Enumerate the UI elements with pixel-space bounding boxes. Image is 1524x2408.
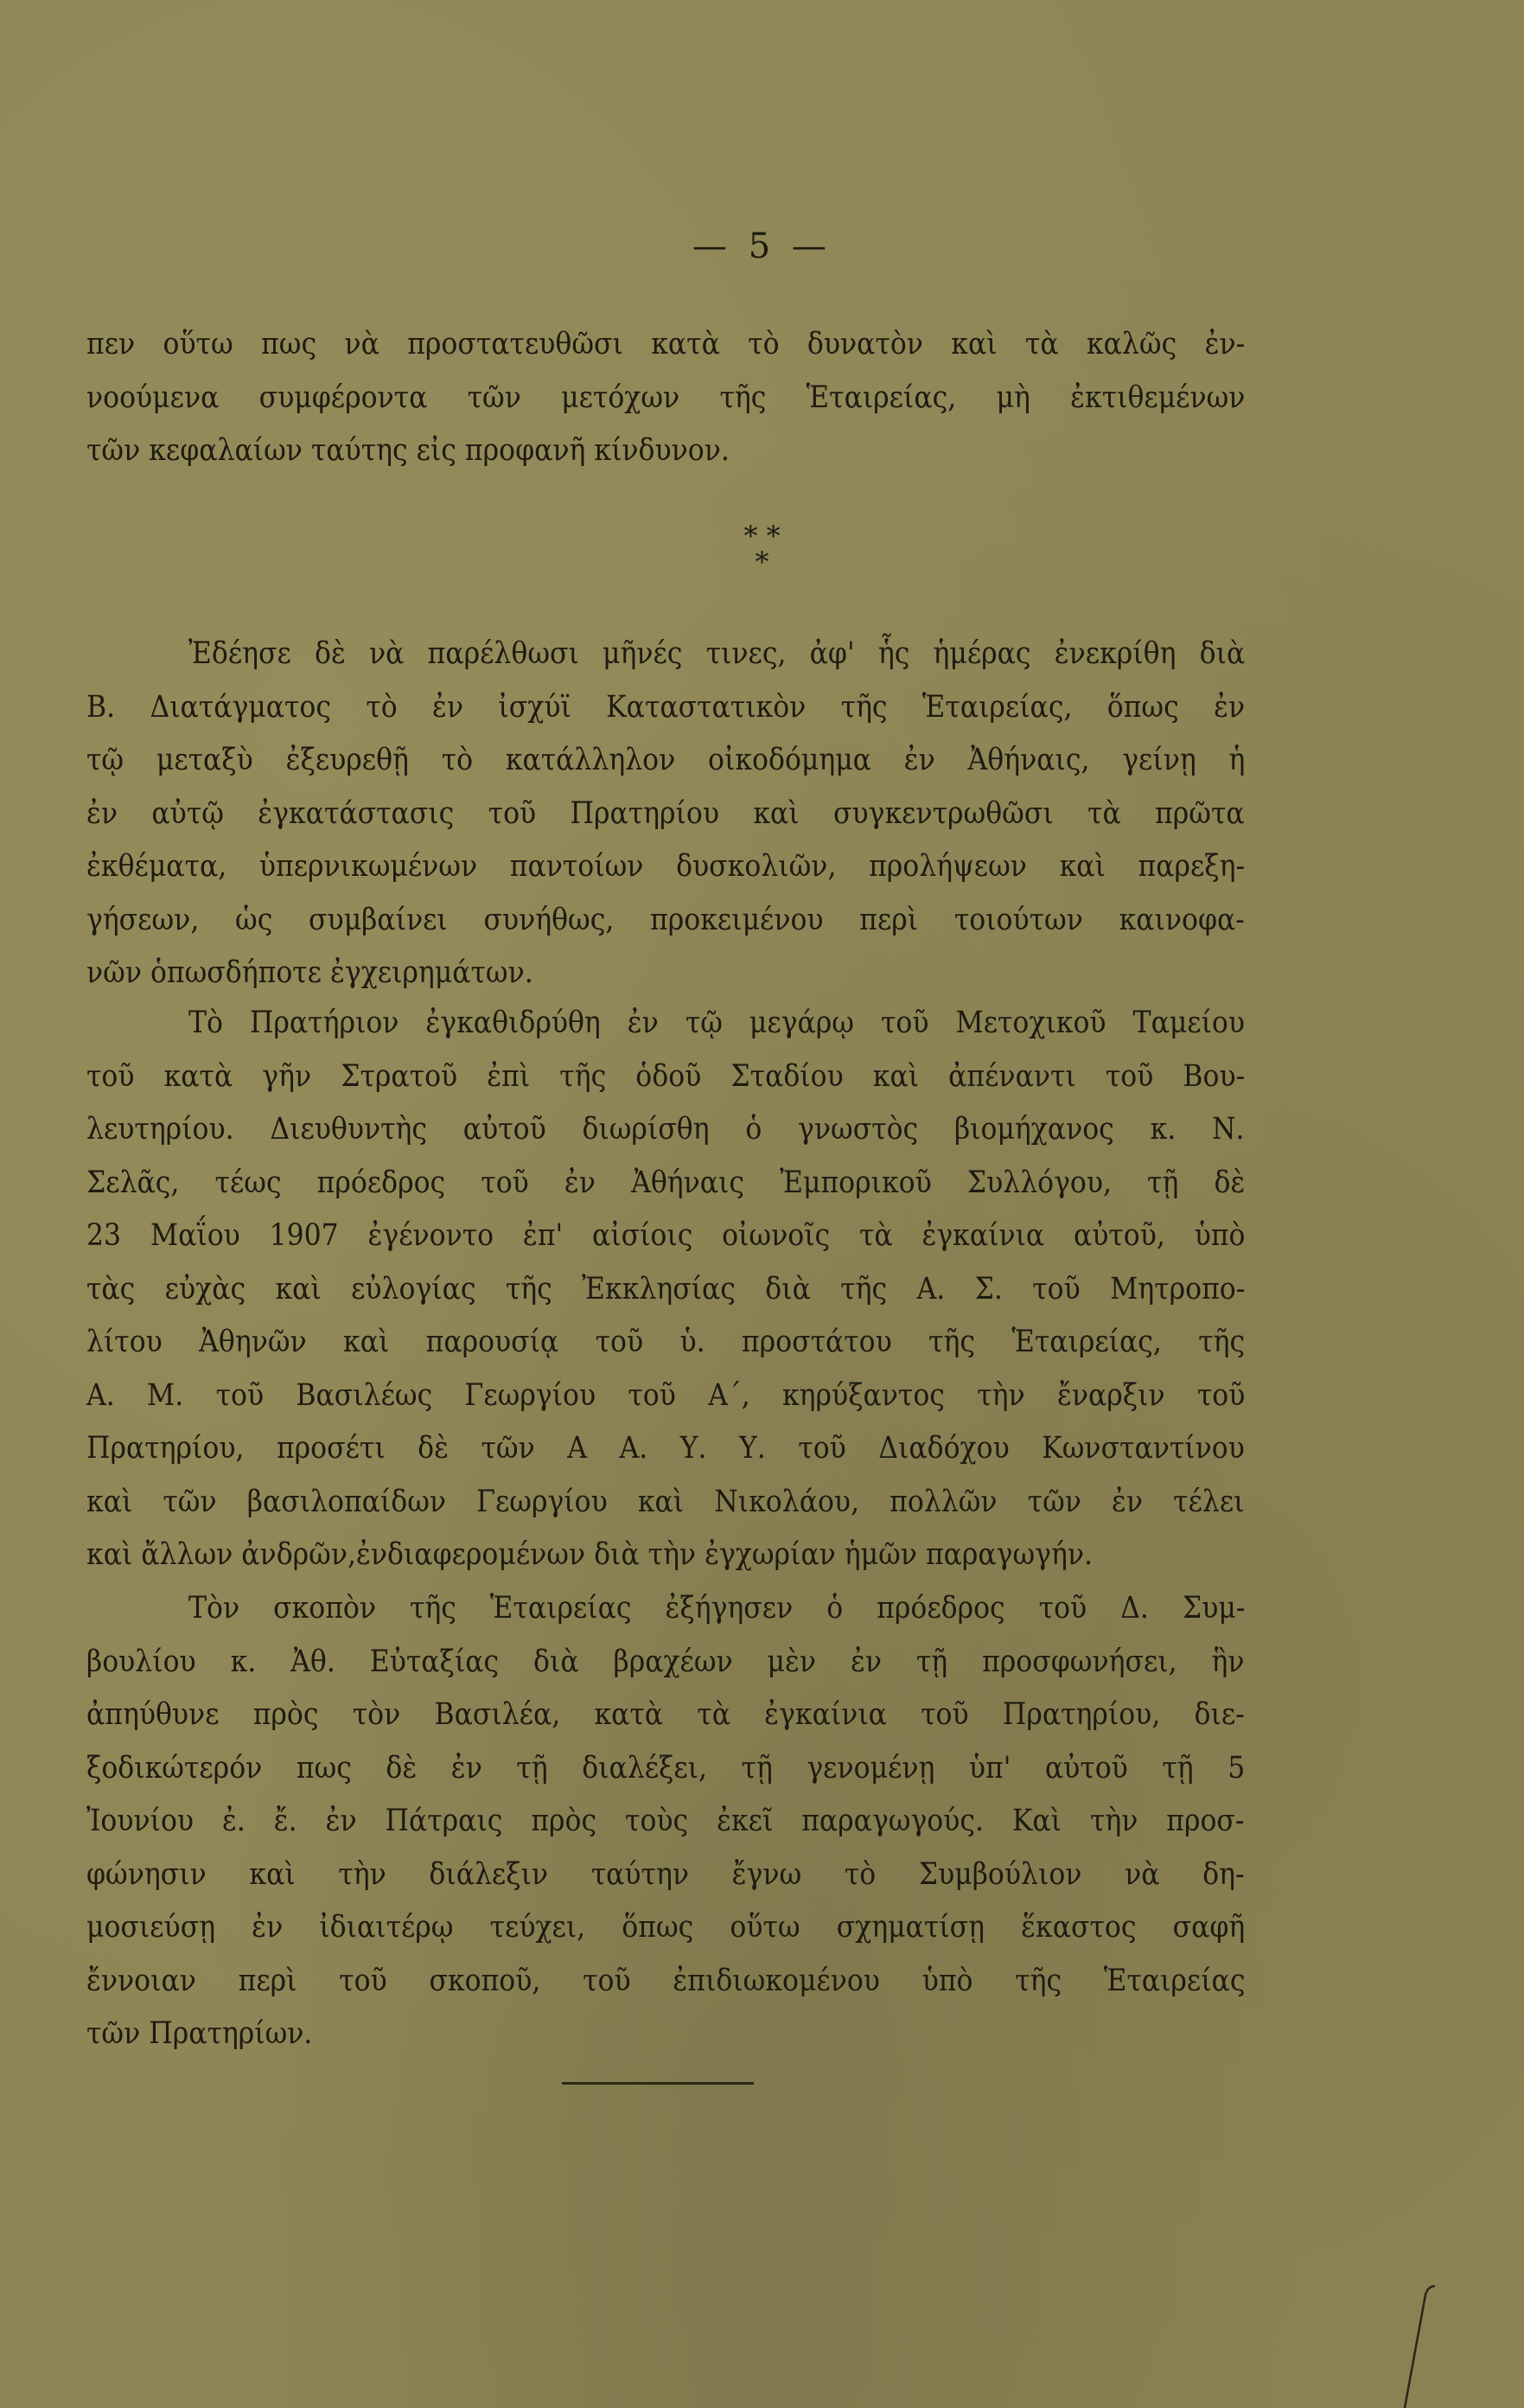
paragraph-4: Τὸν σκοπὸν τῆς Ἑταιρείας ἐξήγησεν ὁ πρόε…: [86, 1582, 1245, 2061]
text-line: βουλίου κ. Ἀθ. Εὐταξίας διὰ βραχέων μὲν …: [86, 1636, 1245, 1689]
text-line: πεν οὕτω πως νὰ προστατευθῶσι κατὰ τὸ δυ…: [86, 318, 1245, 372]
page-number: — 5 —: [0, 227, 1524, 266]
end-rule-divider: [562, 2082, 754, 2085]
text-line: Τὸν σκοπὸν τῆς Ἑταιρείας ἐξήγησεν ὁ πρόε…: [86, 1582, 1245, 1636]
text-line: λευτηρίου. Διευθυντὴς αὐτοῦ διωρίσθη ὁ γ…: [86, 1103, 1245, 1157]
text-line: Πρατηρίου, προσέτι δὲ τῶν Α Α. Υ. Υ. τοῦ…: [86, 1422, 1245, 1476]
text-line: καὶ ἄλλων ἀνδρῶν,ἐνδιαφερομένων διὰ τὴν …: [86, 1529, 1245, 1582]
text-line: Β. Διατάγματος τὸ ἐν ἰσχύϊ Καταστατικὸν …: [86, 681, 1245, 735]
paragraph-3: Τὸ Πρατήριον ἐγκαθιδρύθη ἐν τῷ μεγάρῳ το…: [86, 997, 1245, 1582]
text-line: τὰς εὐχὰς καὶ εὐλογίας τῆς Ἐκκλησίας διὰ…: [86, 1263, 1245, 1317]
text-line: νοούμενα συμφέροντα τῶν μετόχων τῆς Ἑται…: [86, 372, 1245, 425]
paragraph-2: Ἐδέησε δὲ νὰ παρέλθωσι μῆνές τινες, ἀφ' …: [86, 628, 1245, 1000]
asterism-separator: * * *: [0, 523, 1524, 575]
asterism-bottom: *: [0, 549, 1524, 575]
text-line: τῶν κεφαλαίων ταύτης εἰς προφανῆ κίνδυνο…: [86, 425, 1245, 478]
text-line: ἔννοιαν περὶ τοῦ σκοποῦ, τοῦ ἐπιδιωκομέν…: [86, 1955, 1245, 2009]
text-line: Ἐδέησε δὲ νὰ παρέλθωσι μῆνές τινες, ἀφ' …: [86, 628, 1245, 681]
text-line: νῶν ὁπωσδήποτε ἐγχειρημάτων.: [86, 947, 1245, 1000]
text-line: ἐκθέματα, ὑπερνικωμένων παντοίων δυσκολι…: [86, 840, 1245, 894]
paragraph-continuation: πεν οὕτω πως νὰ προστατευθῶσι κατὰ τὸ δυ…: [86, 318, 1245, 478]
text-line: ἐν αὐτῷ ἐγκατάστασις τοῦ Πρατηρίου καὶ σ…: [86, 788, 1245, 841]
text-line: Ἰουνίου ἐ. ἔ. ἐν Πάτραις πρὸς τοὺς ἐκεῖ …: [86, 1795, 1245, 1849]
text-line: φώνησιν καὶ τὴν διάλεξιν ταύτην ἔγνω τὸ …: [86, 1849, 1245, 1902]
text-line: καὶ τῶν βασιλοπαίδων Γεωργίου καὶ Νικολά…: [86, 1476, 1245, 1530]
text-line: τῷ μεταξὺ ἐξευρεθῇ τὸ κατάλληλον οἰκοδόμ…: [86, 734, 1245, 788]
text-line: Σελᾶς, τέως πρόεδρος τοῦ ἐν Ἀθήναις Ἐμπο…: [86, 1157, 1245, 1210]
text-line: Α. Μ. τοῦ Βασιλέως Γεωργίου τοῦ Α΄, κηρύ…: [86, 1370, 1245, 1423]
scanned-page: — 5 — πεν οὕτω πως νὰ προστατευθῶσι κατὰ…: [0, 0, 1524, 2408]
text-line: ξοδικώτερόν πως δὲ ἐν τῇ διαλέξει, τῇ γε…: [86, 1742, 1245, 1796]
text-line: μοσιεύσῃ ἐν ἰδιαιτέρῳ τεύχει, ὅπως οὕτω …: [86, 1901, 1245, 1955]
text-line: 23 Μαΐου 1907 ἐγένοντο ἐπ' αἰσίοις οἰωνο…: [86, 1210, 1245, 1263]
text-line: τοῦ κατὰ γῆν Στρατοῦ ἐπὶ τῆς ὁδοῦ Σταδίο…: [86, 1051, 1245, 1104]
text-line: Τὸ Πρατήριον ἐγκαθιδρύθη ἐν τῷ μεγάρῳ το…: [86, 997, 1245, 1051]
pencil-mark-icon: [1387, 2283, 1439, 2408]
text-line: τῶν Πρατηρίων.: [86, 2008, 1245, 2061]
text-line: λίτου Ἀθηνῶν καὶ παρουσίᾳ τοῦ ὑ. προστάτ…: [86, 1316, 1245, 1370]
text-line: γήσεων, ὡς συμβαίνει συνήθως, προκειμένο…: [86, 894, 1245, 948]
text-line: ἀπηύθυνε πρὸς τὸν Βασιλέα, κατὰ τὰ ἐγκαί…: [86, 1689, 1245, 1742]
